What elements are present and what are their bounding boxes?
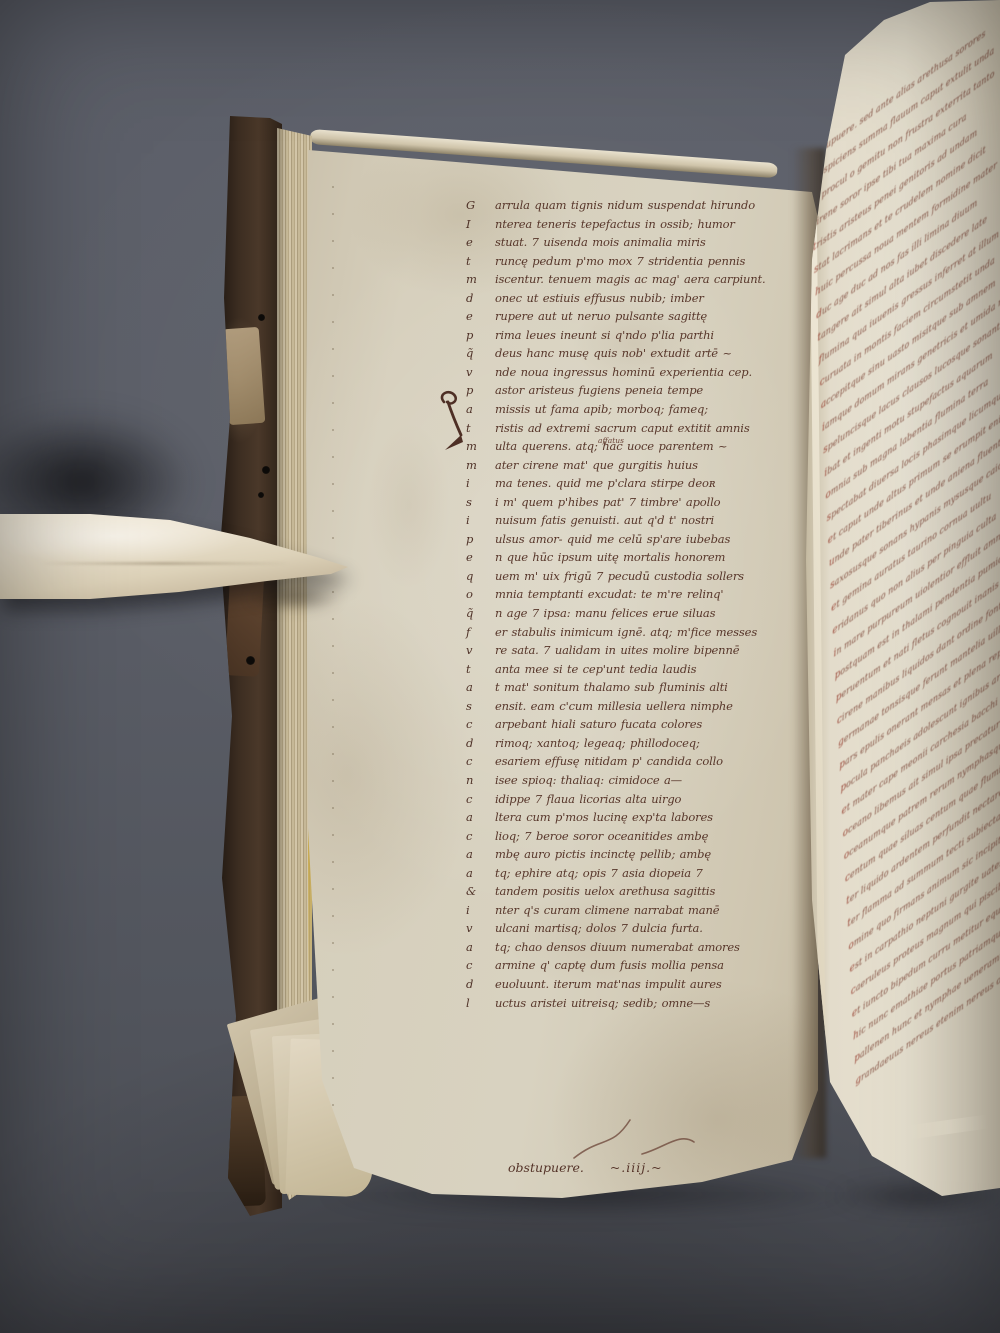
verse-initial: m [466,439,486,458]
verse-text: ensit. eam c'cum millesia uellera nimphe [495,699,733,718]
manuscript-line: cidippe 7 flaua licorias alta uirgo [466,792,796,811]
verse-text: er stabulis inimicum ignē. atq; m'fice m… [495,625,757,644]
verse-text: t mat' sonitum thalamo sub fluminis alti [495,680,728,699]
manuscript-line: donec ut estiuis effusus nubib; imber [466,291,796,310]
quire-signature: ~.iiij.~ [610,1160,663,1175]
manuscript-line: quem m' uix frigū 7 pecudū custodia soll… [466,569,796,588]
manuscript-line: vre sata. 7 ualidam in uites molire bipe… [466,643,796,662]
verse-text: idippe 7 flaua licorias alta uirgo [495,792,681,811]
bone-folder-tool [0,500,350,606]
manuscript-line: Interea teneris tepefactus in ossib; hum… [466,217,796,236]
manuscript-line: pastor aristeus fugiens peneia tempe [466,383,796,402]
manuscript-line: prima leues ineunt si q'ndo p'lia parthi [466,328,796,347]
verse-text: missis ut fama apib; morboq; fameq; [495,402,708,421]
verse-text: tq; ephire atq; opis 7 asia diopeia 7 [495,866,703,885]
manuscript-line: truncę pedum p'mo mox 7 stridentia penni… [466,254,796,273]
manuscript-line: cesariem effusę nitidam p' candida collo [466,754,796,773]
verse-initial: i [466,513,486,532]
manuscript-line: q̃deus hanc musę quis nob' extudit artē … [466,346,796,365]
manuscript-line: carmine q' captę dum fusis mollia pensa [466,958,796,977]
verse-initial: i [466,903,486,922]
manuscript-line: amissis ut fama apib; morboq; fameq; [466,402,796,421]
verse-text: ulcani martisq; dolos 7 dulcia furta. [495,921,703,940]
manuscript-line: ima tenes. quid me p'clara stirpe deoʀ [466,476,796,495]
worm-hole [246,656,255,665]
manuscript-line: erupere aut ut neruo pulsante sagittę [466,309,796,328]
verse-initial: v [466,365,486,384]
verse-initial: e [466,550,486,569]
verse-text: ulsus amor- quid me celū sp'are iubebas [495,532,730,551]
verse-initial: o [466,587,486,606]
manuscript-line: fer stabulis inimicum ignē. atq; m'fice … [466,625,796,644]
interlinear-gloss: affatus [598,436,624,445]
manuscript-line: altera cum p'mos lucinę exp'ta labores [466,810,796,829]
verse-initial: & [466,884,486,903]
verse-initial: q̃ [466,606,486,625]
verse-text: n age 7 ipsa: manu felices erue siluas [495,606,715,625]
verse-initial: a [466,680,486,699]
verse-initial: e [466,309,486,328]
verse-initial: c [466,717,486,736]
verse-text: nde noua ingressus hominū experientia ce… [495,365,752,384]
verse-initial: q̃ [466,346,486,365]
photograph: Garrula quam tignis nidum suspendat hiru… [0,0,1000,1333]
verse-initial: s [466,495,486,514]
manuscript-line: pulsus amor- quid me celū sp'are iubebas [466,532,796,551]
verse-text: uem m' uix frigū 7 pecudū custodia solle… [495,569,744,588]
manuscript-line: miscentur. tenuem magis ac mag' aera car… [466,272,796,291]
left-text-lines: Garrula quam tignis nidum suspendat hiru… [466,198,796,1014]
manuscript-line: atq; ephire atq; opis 7 asia diopeia 7 [466,866,796,885]
verse-initial: t [466,662,486,681]
verse-initial: q [466,569,486,588]
verse-text: iscentur. tenuem magis ac mag' aera carp… [495,272,766,291]
catchword-row: obstupuere.~.iiij.~ [508,1160,663,1175]
verse-text: tq; chao densos diuum numerabat amores [495,940,740,959]
verse-text: rupere aut ut neruo pulsante sagittę [495,309,707,328]
verse-text: rimoq; xantoq; legeaq; phillodoceq; [495,736,700,755]
verse-text: stuat. 7 uisenda mois animalia miris [495,235,706,254]
verse-initial: c [466,792,486,811]
verse-initial: a [466,402,486,421]
verse-text: arrula quam tignis nidum suspendat hirun… [495,198,755,217]
manuscript-line: sensit. eam c'cum millesia uellera nimph… [466,699,796,718]
right-text-lines: obstupuere. sed ante alias arethusa soro… [808,0,1000,1099]
manuscript-line: mater cirene mat' que gurgitis huius [466,458,796,477]
manuscript-line: q̃n age 7 ipsa: manu felices erue siluas [466,606,796,625]
verse-text: runcę pedum p'mo mox 7 stridentia pennis [495,254,745,273]
verse-initial: G [466,198,486,217]
verse-text: euoluunt. iterum mat'nas impulit aures [495,977,722,996]
verse-initial: a [466,940,486,959]
catchword: obstupuere. [508,1160,584,1175]
verse-text: arpebant hiali saturo fucata colores [495,717,702,736]
manuscript-line: carpebant hiali saturo fucata colores [466,717,796,736]
verse-initial: v [466,643,486,662]
verse-text: esariem effusę nitidam p' candida collo [495,754,723,773]
large-initial-P [434,390,468,458]
manuscript-line: Garrula quam tignis nidum suspendat hiru… [466,198,796,217]
verse-initial: t [466,254,486,273]
manuscript-line: omnia temptanti excudat: te m're relinq' [466,587,796,606]
verse-text: armine q' captę dum fusis mollia pensa [495,958,724,977]
verse-text: uctus aristei uitreisq; sedib; omne—s [495,996,710,1015]
verse-initial: d [466,977,486,996]
verse-initial: v [466,921,486,940]
verse-text: deus hanc musę quis nob' extudit artē ~ [495,346,732,365]
spine-repair-patch [223,327,266,425]
worm-hole [258,314,265,321]
verse-initial: d [466,736,486,755]
manuscript-line: &tandem positis uelox arethusa sagittis [466,884,796,903]
verse-text: re sata. 7 ualidam in uites molire bipen… [495,643,739,662]
verse-initial: n [466,773,486,792]
verse-text: isee spioq: thaliaq: cimidoce a— [495,773,682,792]
verse-text: nterea teneris tepefactus in ossib; humo… [495,217,735,236]
verse-text: rima leues ineunt si q'ndo p'lia parthi [495,328,714,347]
worm-hole [258,492,264,498]
verse-text: mnia temptanti excudat: te m're relinq' [495,587,723,606]
verse-initial: I [466,217,486,236]
manuscript-line: en que hūc ipsum uitę mortalis honorem [466,550,796,569]
pen-flourish [568,1114,698,1162]
manuscript-line: inter q's curam climene narrabat manē [466,903,796,922]
verse-initial: c [466,829,486,848]
manuscript-line: vnde noua ingressus hominū experientia c… [466,365,796,384]
manuscript-line: luctus aristei uitreisq; sedib; omne—s [466,996,796,1015]
verse-text: nter q's curam climene narrabat manē [495,903,719,922]
worm-hole [262,466,270,474]
manuscript-line: si m' quem p'hibes pat' 7 timbre' apollo [466,495,796,514]
verse-initial: f [466,625,486,644]
verse-text: i m' quem p'hibes pat' 7 timbre' apollo [495,495,720,514]
verse-initial: t [466,421,486,440]
verse-text: astor aristeus fugiens peneia tempe [495,383,703,402]
manuscript-line: multa querens. atq; hac uoce parentem ~ [466,439,796,458]
verse-text: ater cirene mat' que gurgitis huius [495,458,698,477]
verse-initial: l [466,996,486,1015]
manuscript-line: drimoq; xantoq; legeaq; phillodoceq; [466,736,796,755]
manuscript-line: tanta mee si te cep'unt tedia laudis [466,662,796,681]
verse-initial: i [466,476,486,495]
verse-initial: m [466,458,486,477]
manuscript-line: ambę auro pictis incinctę pellib; ambę [466,847,796,866]
manuscript-line: estuat. 7 uisenda mois animalia miris [466,235,796,254]
verse-initial: e [466,235,486,254]
verse-text: anta mee si te cep'unt tedia laudis [495,662,696,681]
manuscript-line: inuisum fatis genuisti. aut q'd t' nostr… [466,513,796,532]
verse-initial: s [466,699,486,718]
verse-initial: a [466,847,486,866]
manuscript-line: clioq; 7 beroe soror oceanitides ambę [466,829,796,848]
manuscript-line: nisee spioq: thaliaq: cimidoce a— [466,773,796,792]
verse-text: onec ut estiuis effusus nubib; imber [495,291,704,310]
verse-initial: p [466,383,486,402]
pricking-holes-column [332,186,334,1178]
verse-text: ma tenes. quid me p'clara stirpe deoʀ [495,476,715,495]
verse-text: mbę auro pictis incinctę pellib; ambę [495,847,711,866]
verse-initial: p [466,532,486,551]
left-page-verso: Garrula quam tignis nidum suspendat hiru… [306,128,820,1206]
manuscript-line: at mat' sonitum thalamo sub fluminis alt… [466,680,796,699]
verse-initial: c [466,754,486,773]
manuscript-line: vulcani martisq; dolos 7 dulcia furta. [466,921,796,940]
bone-folder-body [0,500,350,606]
bone-folder-ridge [40,562,290,565]
verse-initial: d [466,291,486,310]
manuscript-line: tristis ad extremi sacrum caput extitit … [466,421,796,440]
verse-text: tandem positis uelox arethusa sagittis [495,884,715,903]
verse-text: n que hūc ipsum uitę mortalis honorem [495,550,725,569]
manuscript-line: deuoluunt. iterum mat'nas impulit aures [466,977,796,996]
verse-text: nuisum fatis genuisti. aut q'd t' nostri [495,513,714,532]
verse-initial: m [466,272,486,291]
verse-text: ltera cum p'mos lucinę exp'ta labores [495,810,713,829]
verse-initial: a [466,810,486,829]
manuscript-line: atq; chao densos diuum numerabat amores [466,940,796,959]
verse-initial: p [466,328,486,347]
verse-text: lioq; 7 beroe soror oceanitides ambę [495,829,708,848]
verse-initial: c [466,958,486,977]
verse-initial: a [466,866,486,885]
